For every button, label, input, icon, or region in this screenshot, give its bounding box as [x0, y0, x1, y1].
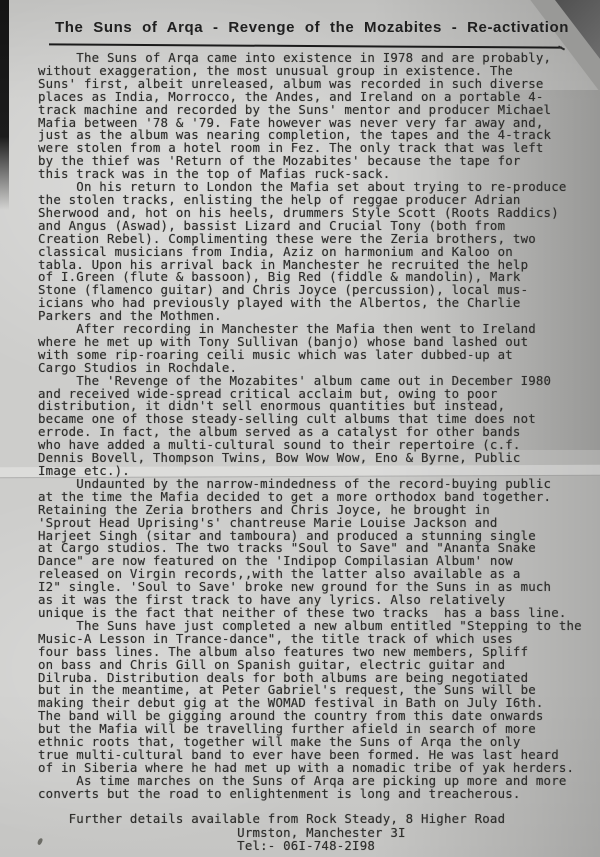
contact-footer: Further details available from Rock Stea… — [38, 812, 583, 853]
footer-line: Urmston, Manchester 3I — [38, 826, 583, 840]
text-line: converts but the road to enlightenment i… — [38, 788, 583, 801]
page-title: The Suns of Arqa - Revenge of the Mozabi… — [55, 19, 569, 36]
title-underline-tail — [558, 45, 565, 50]
footer-line: Further details available from Rock Stea… — [38, 812, 583, 826]
title-underline — [49, 43, 562, 48]
left-edge-shadow — [0, 0, 9, 210]
footer-line: Tel:- 06I-748-2I98 — [38, 839, 583, 853]
document-body: The Suns of Arqa came into existence in … — [38, 52, 583, 801]
scanned-press-release-page: The Suns of Arqa - Revenge of the Mozabi… — [0, 0, 600, 857]
